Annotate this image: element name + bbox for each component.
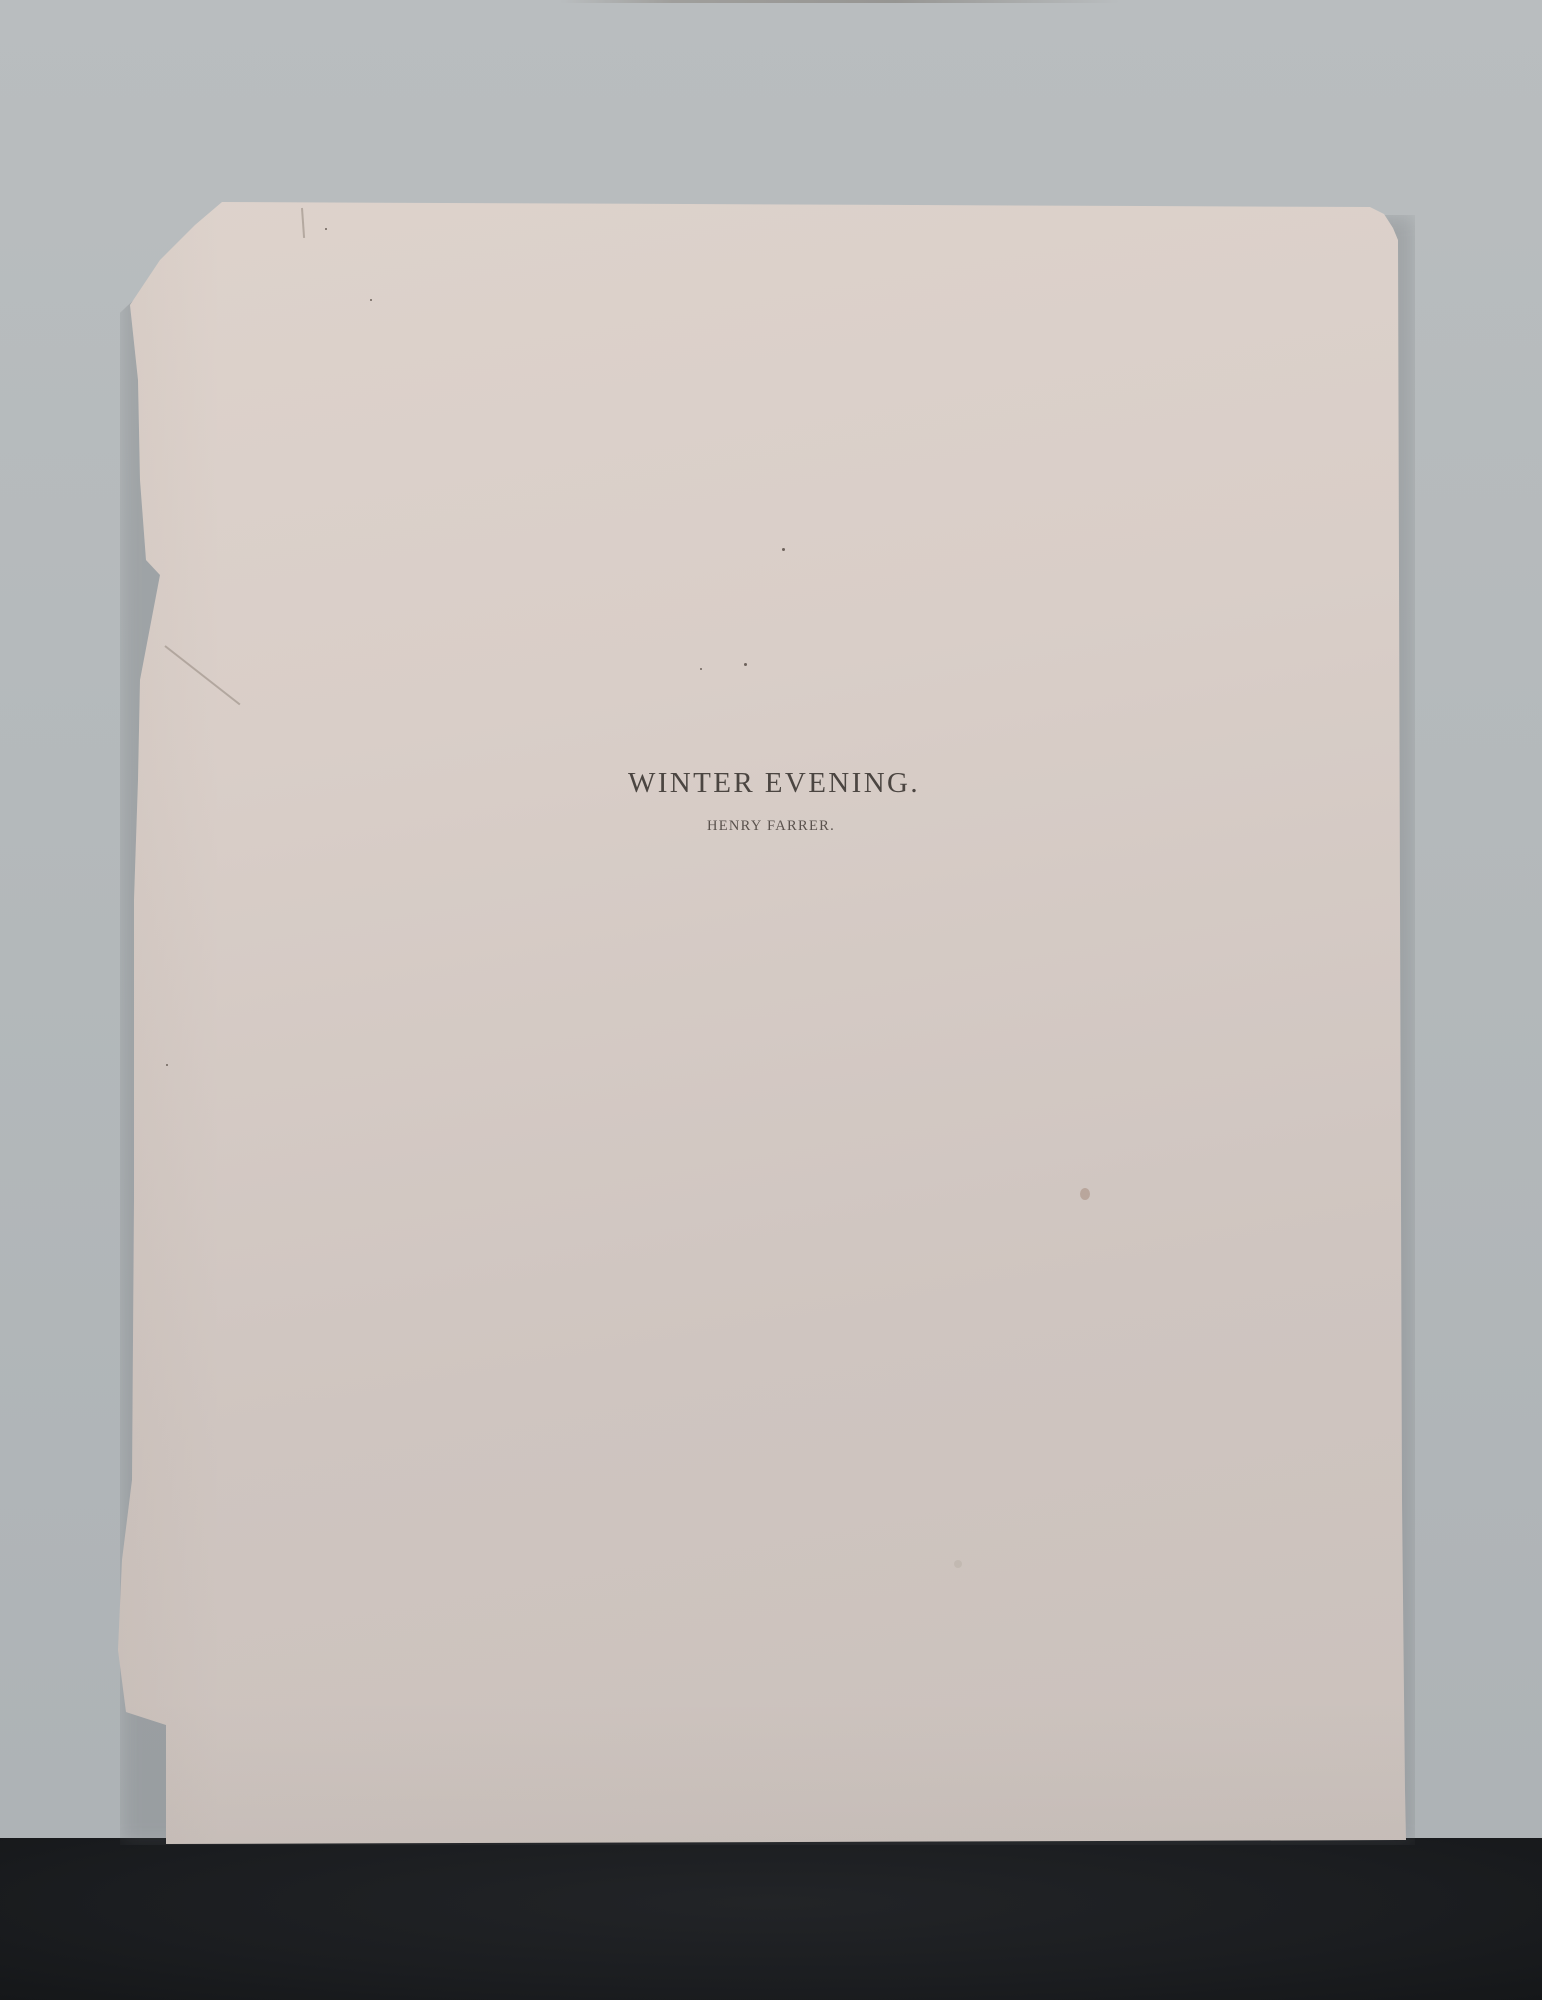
speck <box>166 1064 168 1066</box>
plate-title: WINTER EVENING. <box>0 765 1542 801</box>
speck <box>782 548 785 551</box>
speck <box>744 663 747 666</box>
background-edge-line <box>560 0 1120 3</box>
paper-sheet <box>0 0 1542 2000</box>
artist-name: HENRY FARRER. <box>0 817 1542 835</box>
foxing-spot <box>1080 1188 1090 1200</box>
speck <box>370 299 372 301</box>
speck <box>325 228 327 230</box>
paper-crease <box>164 645 240 705</box>
foxing-spot <box>954 1560 962 1568</box>
title-block: WINTER EVENING. HENRY FARRER. <box>0 765 1542 835</box>
paper-edge-shading <box>0 0 1542 2000</box>
speck <box>700 668 702 670</box>
dark-table-surface <box>0 1838 1542 2000</box>
paper-crease <box>301 208 305 238</box>
